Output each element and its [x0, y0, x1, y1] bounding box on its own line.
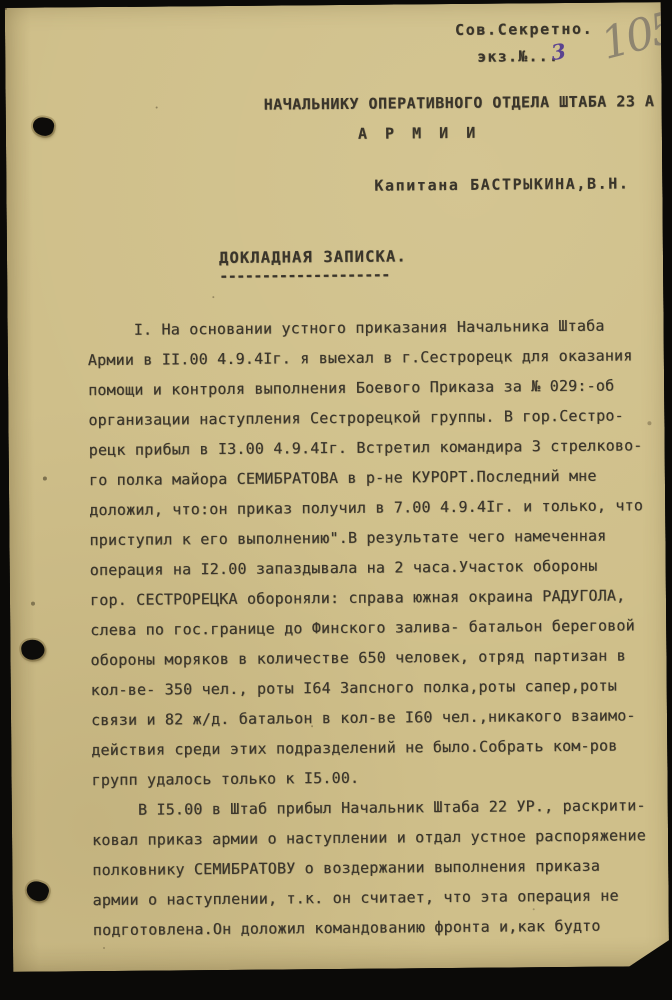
classification-stamp: Сов.Секретно.: [455, 20, 593, 39]
recipient-line-1: НАЧАЛЬНИКУ ОПЕРАТИВНОГО ОТДЕЛА ШТАБА 23 …: [264, 92, 655, 113]
handwritten-copy-number: 3: [549, 38, 568, 65]
punch-hole-bottom: [24, 879, 51, 904]
document-title: ДОКЛАДНАЯ ЗАПИСКА.: [219, 247, 407, 267]
punch-hole-middle: [20, 638, 46, 661]
addressee-line: Капитана БАСТРЫКИНА,В.Н.: [374, 174, 629, 194]
scan-background: Сов.Секретно. экз.№...3 105 НАЧАЛЬНИКУ О…: [0, 0, 672, 1000]
body-line: действия среди этих подразделений не был…: [91, 730, 666, 765]
handwritten-page-number: 105: [596, 2, 672, 70]
copy-prefix-label: экз.№: [477, 47, 528, 65]
paper-specks: [5, 8, 7, 10]
recipient-line-2: А Р М И И: [358, 124, 480, 143]
body-line: подготовлена.Он доложил командованию фро…: [93, 910, 668, 945]
body-lines: I. На основании устного приказания Начал…: [87, 310, 667, 945]
punch-hole-top: [31, 116, 55, 138]
title-underline: --------------------: [219, 266, 390, 285]
copy-number-line: экз.№...3: [477, 47, 559, 66]
document-page: Сов.Секретно. экз.№...3 105 НАЧАЛЬНИКУ О…: [5, 2, 669, 972]
